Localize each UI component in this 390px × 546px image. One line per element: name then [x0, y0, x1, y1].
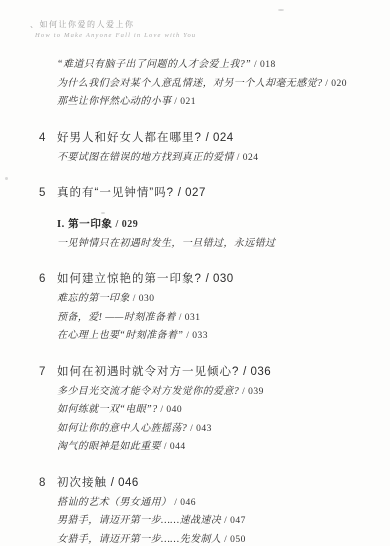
toc-entry-chapter: 8初次接触 / 046 [57, 476, 377, 491]
toc-entry-sub: 淘气的眼神是如此重要 / 044 [57, 438, 377, 457]
entry-page-number: / 027 [174, 187, 206, 199]
entry-title: 难忘的第一印象 [57, 293, 130, 304]
chapter-number: 6 [39, 272, 45, 287]
entry-title: 一见钟情只在初遇时发生，一旦错过，永远错过 [57, 238, 275, 249]
entry-page-number: / 036 [239, 366, 271, 378]
entry-page-number: / 030 [130, 294, 155, 304]
toc-entry-sub: “难道只有脑子出了问题的人才会爱上我?” / 018 [57, 56, 377, 75]
scan-speck [278, 9, 284, 11]
chapter-number: 4 [39, 131, 45, 146]
toc-entry-sub: 如何练就一双“电眼”? / 040 [57, 401, 377, 420]
entry-page-number: / 031 [176, 313, 201, 323]
entry-title: I. 第一印象 [57, 219, 113, 230]
entry-title: 如何练就一双“电眼”? [57, 404, 158, 415]
entry-title: 多少目光交流才能令对方发觉你的爱意? [57, 386, 239, 397]
toc-entry-sub: 不要试图在错误的地方找到真正的爱情 / 024 [57, 149, 377, 168]
toc-entry-sub: 难忘的第一印象 / 030 [57, 290, 377, 309]
entry-page-number: / 029 [113, 219, 139, 230]
entry-title: 如何让你的意中人心旌摇荡? [57, 423, 187, 434]
toc-entry-chapter: 5真的有“一见钟情”吗? / 027 [57, 186, 377, 201]
chapter-number: 8 [39, 476, 45, 491]
entry-page-number: / 047 [221, 516, 246, 526]
entry-title: “难道只有脑子出了问题的人才会爱上我?” [57, 59, 251, 70]
toc-entry-sub: 一见钟情只在初遇时发生，一旦错过，永远错过 [57, 235, 377, 254]
entry-page-number: / 040 [158, 405, 183, 415]
toc-entry-sub: 那些让你怦然心动的小事 / 021 [57, 93, 377, 112]
scan-speck [5, 177, 8, 180]
book-title: 如何让你爱的人爱上你 [40, 20, 135, 29]
toc-entry-chapter: 7如何在初遇时就令对方一见倾心? / 036 [57, 365, 377, 380]
entry-page-number: / 024 [202, 132, 234, 144]
toc-entry-sub: 如何让你的意中人心旌摇荡? / 043 [57, 420, 377, 439]
entry-title: 好男人和好女人都在哪里? [57, 132, 202, 144]
running-header-title: 、如何让你爱的人爱上你 [30, 19, 196, 30]
running-header-script: How to Make Anyone Fall in Love with You [35, 32, 196, 39]
toc-entry-chapter: 4好男人和好女人都在哪里? / 024 [57, 131, 377, 146]
entry-page-number: / 024 [234, 153, 259, 163]
entry-title: 不要试图在错误的地方找到真正的爱情 [57, 152, 234, 163]
toc-entry-chapter: 6如何建立惊艳的第一印象? / 030 [57, 272, 377, 287]
entry-page-number: / 020 [322, 79, 347, 89]
toc-entry-sub: 为什么我们会对某个人意乱情迷，对另一个人却毫无感觉? / 020 [57, 75, 377, 94]
entry-page-number: / 018 [251, 60, 276, 70]
entry-title: 男猎手，请迈开第一步……速战速决 [57, 515, 221, 526]
toc-entry-sub: 在心理上也要“时刻准备着” / 033 [57, 327, 377, 346]
scanned-book-page: 、如何让你爱的人爱上你 How to Make Anyone Fall in L… [0, 0, 390, 546]
entry-page-number: / 043 [187, 424, 212, 434]
entry-title: 那些让你怦然心动的小事 [57, 96, 171, 107]
entry-title: 预备，爱! ——时刻准备着 [57, 312, 176, 323]
entry-page-number: / 046 [171, 498, 196, 508]
entry-page-number: / 044 [161, 442, 186, 452]
toc-entry-sub: 女猎手，请迈开第一步……先发制人 / 050 [57, 531, 377, 546]
entry-page-number: / 030 [202, 273, 234, 285]
toc-entry-sub: 搭讪的艺术（男女通用） / 046 [57, 494, 377, 513]
entry-title: 如何建立惊艳的第一印象? [57, 273, 202, 285]
entry-page-number: / 021 [171, 97, 196, 107]
header-list-mark: 、 [30, 20, 40, 29]
toc-entry-sub: 预备，爱! ——时刻准备着 / 031 [57, 309, 377, 328]
entry-title: 女猎手，请迈开第一步……先发制人 [57, 534, 221, 545]
entry-title: 淘气的眼神是如此重要 [57, 441, 161, 452]
chapter-number: 5 [39, 186, 45, 201]
toc-entry-part: I. 第一印象 / 029 [57, 216, 377, 235]
chapter-number: 7 [39, 365, 45, 380]
entry-page-number: / 039 [239, 387, 264, 397]
scan-speck [101, 212, 105, 214]
entry-title: 为什么我们会对某个人意乱情迷，对另一个人却毫无感觉? [57, 78, 322, 89]
entry-title: 搭讪的艺术（男女通用） [57, 497, 171, 508]
entry-page-number: / 050 [221, 535, 246, 545]
entry-page-number: / 033 [183, 331, 208, 341]
entry-title: 初次接触 [57, 477, 107, 489]
running-header: 、如何让你爱的人爱上你 How to Make Anyone Fall in L… [30, 19, 196, 39]
table-of-contents: “难道只有脑子出了问题的人才会爱上我?” / 018为什么我们会对某个人意乱情迷… [57, 56, 377, 546]
toc-entry-sub: 多少目光交流才能令对方发觉你的爱意? / 039 [57, 383, 377, 402]
entry-title: 在心理上也要“时刻准备着” [57, 330, 183, 341]
entry-title: 真的有“一见钟情”吗? [57, 187, 174, 199]
entry-page-number: / 046 [107, 477, 139, 489]
entry-title: 如何在初遇时就令对方一见倾心? [57, 366, 239, 378]
toc-entry-sub: 男猎手，请迈开第一步……速战速决 / 047 [57, 512, 377, 531]
